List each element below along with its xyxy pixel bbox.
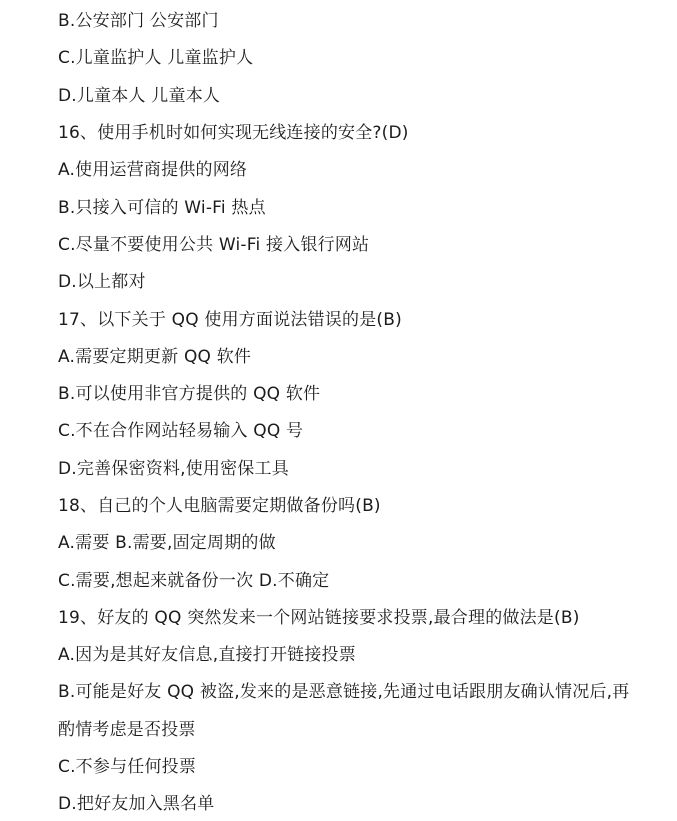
question-17-line: 17、以下关于 QQ 使用方面说法错误的是(B): [58, 298, 659, 335]
option-line: B.只接入可信的 Wi-Fi 热点: [58, 186, 659, 223]
option-line: D.以上都对: [58, 261, 659, 298]
option-line: D.儿童本人 儿童本人: [58, 75, 659, 112]
option-line: C.尽量不要使用公共 Wi-Fi 接入银行网站: [58, 224, 659, 261]
option-line: C.需要,想起来就备份一次 D.不确定: [58, 559, 659, 596]
option-line: D.完善保密资料,使用密保工具: [58, 448, 659, 485]
option-line: A.因为是其好友信息,直接打开链接投票: [58, 634, 659, 671]
option-line: A.需要定期更新 QQ 软件: [58, 336, 659, 373]
question-19-line: 19、好友的 QQ 突然发来一个网站链接要求投票,最合理的做法是(B): [58, 597, 659, 634]
option-line: D.把好友加入黑名单: [58, 783, 659, 820]
question-16-line: 16、使用手机时如何实现无线连接的安全?(D): [58, 112, 659, 149]
option-line: B.可以使用非官方提供的 QQ 软件: [58, 373, 659, 410]
option-line: C.儿童监护人 儿童监护人: [58, 37, 659, 74]
option-line: C.不参与任何投票: [58, 746, 659, 783]
document-body: B.公安部门 公安部门 C.儿童监护人 儿童监护人 D.儿童本人 儿童本人 16…: [0, 0, 677, 821]
option-line: C.不在合作网站轻易输入 QQ 号: [58, 410, 659, 447]
option-line: A.使用运营商提供的网络: [58, 149, 659, 186]
option-line: B.公安部门 公安部门: [58, 0, 659, 37]
question-18-line: 18、自己的个人电脑需要定期做备份吗(B): [58, 485, 659, 522]
option-line: A.需要 B.需要,固定周期的做: [58, 522, 659, 559]
option-line-wrap: 酌情考虑是否投票: [58, 709, 659, 746]
quiz-document-page: B.公安部门 公安部门 C.儿童监护人 儿童监护人 D.儿童本人 儿童本人 16…: [0, 0, 677, 821]
option-line: B.可能是好友 QQ 被盗,发来的是恶意链接,先通过电话跟朋友确认情况后,再: [58, 671, 659, 708]
